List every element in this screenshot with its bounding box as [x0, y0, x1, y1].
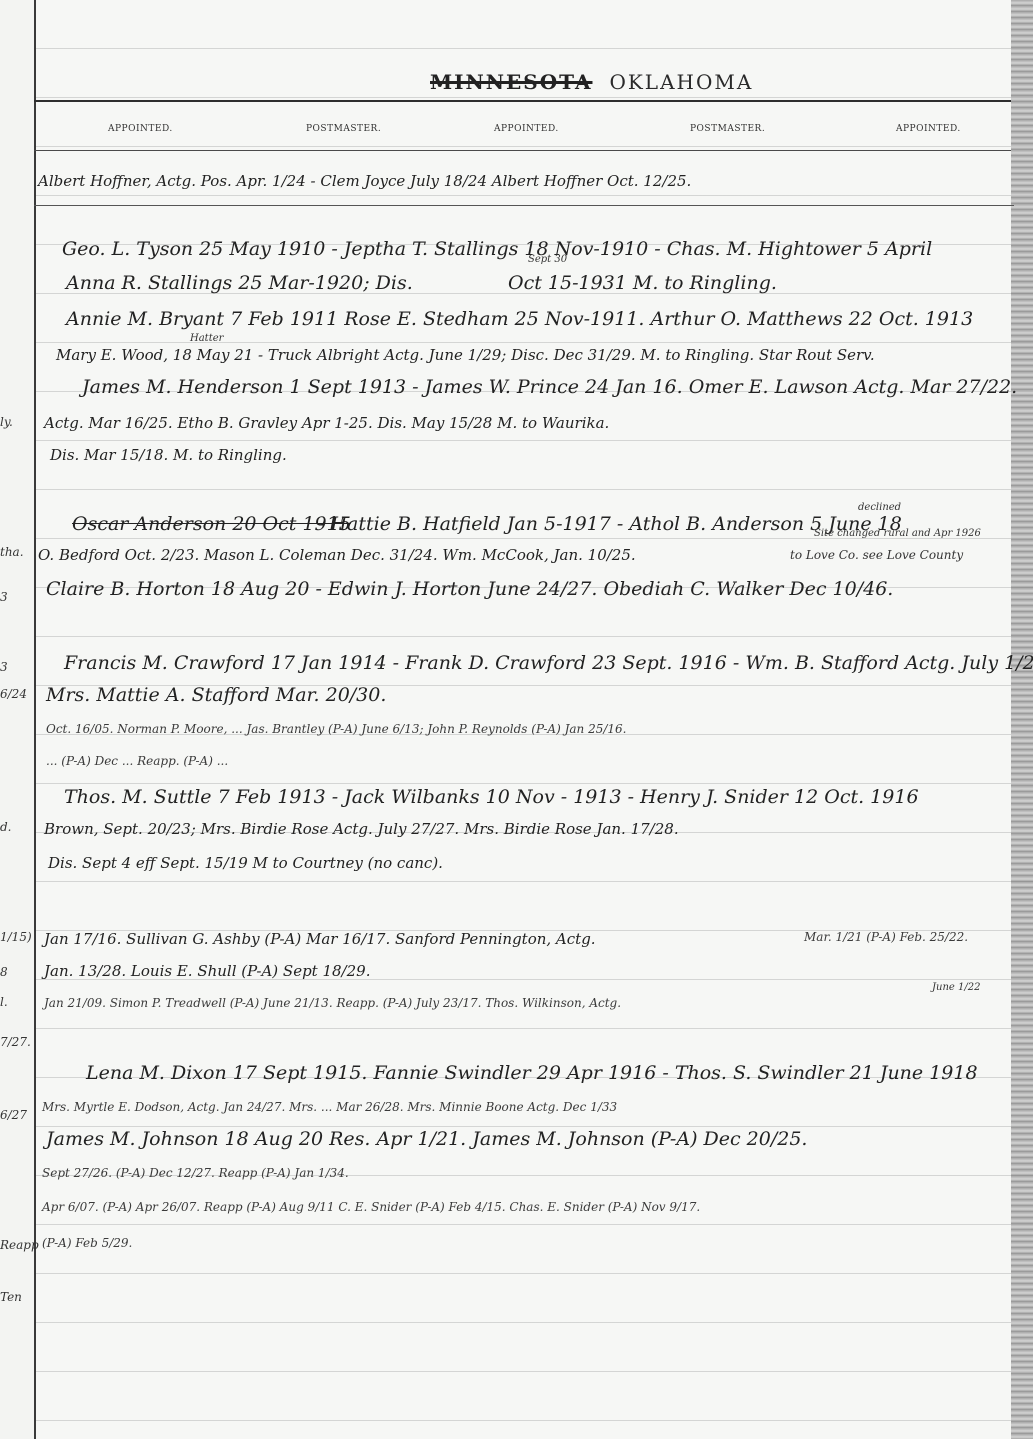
ledger-entry: Apr 6/07. (P-A) Apr 26/07. Reapp (P-A) A…: [42, 1200, 700, 1214]
margin-fragment: 3: [0, 660, 8, 674]
ledger-entry: Albert Hoffner, Actg. Pos. Apr. 1/24 - C…: [38, 172, 691, 190]
ledger-entry: Dis. Mar 15/18. M. to Ringling.: [50, 446, 287, 464]
page-title: MINNESOTA OKLAHOMA: [430, 70, 753, 94]
ledger-entry-struck: Oscar Anderson 20 Oct 1915: [72, 513, 351, 535]
margin-fragment: 7/27.: [0, 1035, 31, 1049]
column-header-appointed: APPOINTED.: [494, 124, 559, 134]
margin-fragment: 6/24: [0, 687, 27, 701]
ledger-entry: ... (P-A) Dec ... Reapp. (P-A) ...: [46, 754, 228, 768]
ledger-entry: Geo. L. Tyson 25 May 1910 - Jeptha T. St…: [62, 238, 932, 260]
scan-edge-shadow: [1011, 0, 1033, 1439]
margin-fragment: l.: [0, 995, 8, 1009]
ledger-entry: Oct. 16/05. Norman P. Moore, ... Jas. Br…: [46, 722, 627, 736]
margin-fragment: tha.: [0, 545, 24, 559]
ledger-entry: James M. Johnson 18 Aug 20 Res. Apr 1/21…: [46, 1128, 807, 1150]
column-header-postmaster: POSTMASTER.: [306, 124, 381, 134]
margin-fragment: 3: [0, 590, 8, 604]
margin-fragment: 8: [0, 965, 8, 979]
margin-fragment: Ten: [0, 1290, 22, 1304]
left-margin-adjacent-page: ly. tha. 3 3 6/24 d. 1/15) 8 l. 7/27. 6/…: [0, 0, 36, 1439]
ledger-entry: Lena M. Dixon 17 Sept 1915. Fannie Swind…: [86, 1062, 978, 1084]
section-divider: [34, 205, 1014, 206]
annotation: Hatter: [190, 333, 223, 344]
ledger-entry: (P-A) Feb 5/29.: [42, 1236, 132, 1250]
annotation: to Love Co. see Love County: [790, 548, 963, 562]
ledger-entry: Dis. Sept 4 eff Sept. 15/19 M to Courtne…: [48, 854, 443, 872]
margin-fragment: d.: [0, 820, 12, 834]
annotation: Site changed rural and Apr 1926: [814, 528, 981, 539]
ledger-entry: Oct 15-1931 M. to Ringling.: [508, 272, 777, 294]
ledger-entry: Mrs. Myrtle E. Dodson, Actg. Jan 24/27. …: [42, 1100, 617, 1114]
margin-fragment: Reapp: [0, 1238, 39, 1252]
ledger-entry: Francis M. Crawford 17 Jan 1914 - Frank …: [64, 652, 1033, 674]
annotation: Sept 30: [528, 254, 567, 265]
header-rule: [34, 150, 1011, 151]
ledger-entry: Jan 21/09. Simon P. Treadwell (P-A) June…: [44, 996, 621, 1010]
margin-fragment: ly.: [0, 415, 13, 429]
struck-state-name: MINNESOTA: [430, 70, 592, 94]
annotation: declined: [858, 502, 901, 513]
ledger-entry: Anna R. Stallings 25 Mar-1920; Dis.: [66, 272, 413, 294]
ledger-entry: O. Bedford Oct. 2/23. Mason L. Coleman D…: [38, 546, 636, 564]
column-header-postmaster: POSTMASTER.: [690, 124, 765, 134]
ledger-entry: Mrs. Mattie A. Stafford Mar. 20/30.: [46, 684, 386, 706]
ledger-entry: Actg. Mar 16/25. Etho B. Gravley Apr 1-2…: [44, 414, 609, 432]
ledger-entry: Brown, Sept. 20/23; Mrs. Birdie Rose Act…: [44, 820, 679, 838]
ledger-entry: Sept 27/26. (P-A) Dec 12/27. Reapp (P-A)…: [42, 1166, 349, 1180]
column-header-appointed: APPOINTED.: [108, 124, 173, 134]
title-rule: [34, 100, 1011, 102]
ledger-entry: Annie M. Bryant 7 Feb 1911 Rose E. Stedh…: [66, 308, 973, 330]
ledger-entry: Jan. 13/28. Louis E. Shull (P-A) Sept 18…: [44, 962, 370, 980]
column-headers: APPOINTED. POSTMASTER. APPOINTED. POSTMA…: [34, 124, 1011, 140]
margin-fragment: 1/15): [0, 930, 32, 944]
ledger-entry: Mar. 1/21 (P-A) Feb. 25/22.: [804, 930, 968, 944]
ledger-entry: James M. Henderson 1 Sept 1913 - James W…: [82, 376, 1017, 398]
annotation: June 1/22: [932, 982, 980, 993]
ledger-entry: Mary E. Wood, 18 May 21 - Truck Albright…: [56, 346, 875, 364]
ledger-page: ly. tha. 3 3 6/24 d. 1/15) 8 l. 7/27. 6/…: [0, 0, 1033, 1439]
ledger-entry: Thos. M. Suttle 7 Feb 1913 - Jack Wilban…: [64, 786, 919, 808]
ledger-entry: Claire B. Horton 18 Aug 20 - Edwin J. Ho…: [46, 578, 893, 600]
column-header-appointed: APPOINTED.: [896, 124, 961, 134]
state-name: OKLAHOMA: [609, 70, 753, 94]
margin-fragment: 6/27: [0, 1108, 27, 1122]
ledger-entry: Jan 17/16. Sullivan G. Ashby (P-A) Mar 1…: [44, 930, 596, 948]
